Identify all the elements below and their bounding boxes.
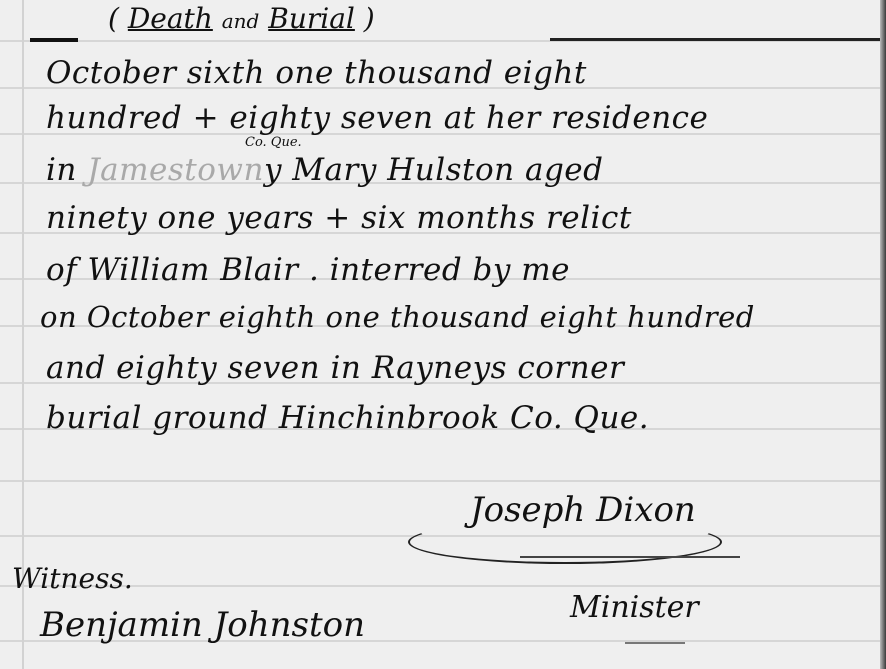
entry-line-5: of William Blair . interred by me	[46, 252, 570, 288]
entry-line-2: hundred + eighty seven at her residence	[46, 100, 708, 136]
witness-label: Witness.	[12, 562, 133, 595]
heading-dash	[30, 38, 78, 42]
entry-line-1: October sixth one thousand eight	[46, 55, 587, 91]
entry-heading: ( Death and Burial )	[30, 2, 880, 46]
entry-line-3: in Jamestowny Mary Hulston aged	[46, 152, 604, 188]
interlinear-note: Co. Que.	[245, 135, 302, 150]
officiant-title: Minister	[570, 590, 699, 625]
heading-word-burial: Burial	[268, 2, 355, 35]
heading-connector: and	[222, 9, 260, 33]
entry-line-7: and eighty seven in Rayneys corner	[46, 350, 624, 386]
entry-line-6: on October eighth one thousand eight hun…	[40, 300, 755, 334]
entry-line-4: ninety one years + six months relict	[46, 200, 632, 236]
signature-underline	[520, 556, 740, 558]
heading-text: ( Death and Burial )	[108, 2, 375, 35]
ruled-line	[0, 480, 880, 482]
title-underline	[625, 642, 685, 644]
faded-place-name: Jamestown	[87, 152, 264, 188]
register-page: ( Death and Burial ) October sixth one t…	[0, 0, 886, 669]
entry-line-8: burial ground Hinchinbrook Co. Que.	[46, 400, 649, 436]
page-edge	[880, 0, 886, 669]
heading-word-death: Death	[128, 2, 213, 35]
witness-signature: Benjamin Johnston	[40, 605, 365, 645]
heading-dash	[550, 38, 880, 41]
